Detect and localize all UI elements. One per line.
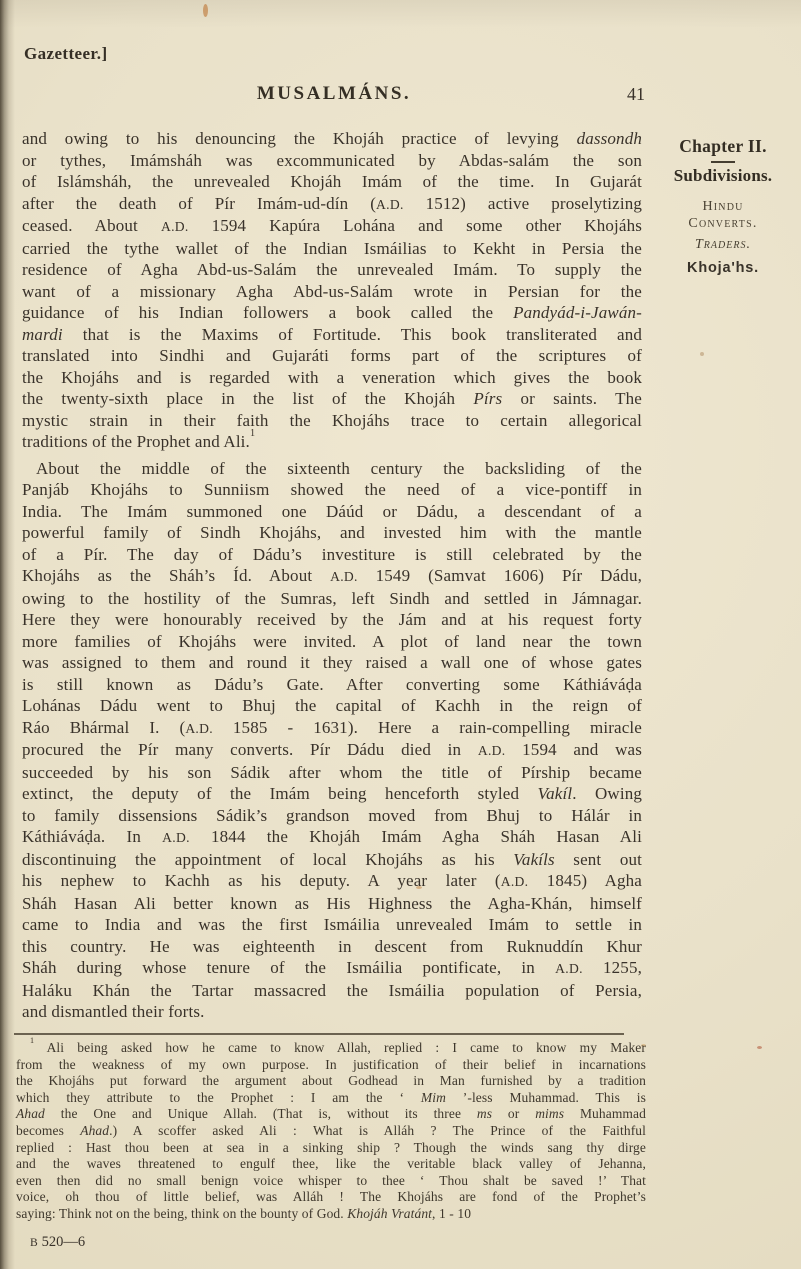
paper-stain [203,4,208,17]
text-line: more families of Khojáhs were invited. A… [22,631,642,653]
text-line: owing to the hostility of the Sumras, le… [22,588,642,610]
text-line: to family dissensions Sádik’s grandson m… [22,805,642,827]
footnote-separator-rule [14,1033,624,1035]
paper-stain [700,352,704,356]
text-line: the Khojáhs put forward the argument abo… [16,1073,646,1090]
text-line: Here they were honourably received by th… [22,609,642,631]
footnote: 1 Ali being asked how he came to know Al… [16,1040,646,1223]
text-line: and owing to his denouncing the Khojáh p… [22,128,642,150]
text-line: replied : Hast thou been at sea in a sin… [16,1140,646,1157]
paper-stain [757,1046,762,1049]
body-text: and owing to his denouncing the Khojáh p… [22,128,642,1023]
text-line: the twenty-sixth place in the list of th… [22,388,642,410]
text-line: India. The Imám summoned one Dáúd or Dád… [22,501,642,523]
binding-gutter-shadow [0,0,15,1269]
text-line: of a Pír. The day of Dádu’s investiture … [22,544,642,566]
text-line: becomes Ahad.) A scoffer asked Ali : Wha… [16,1123,646,1140]
book-page: Gazetteer.] MUSALMÁNS. 41 and owing to h… [0,0,801,1269]
margin-chapter-heading: Chapter II. [653,136,793,157]
text-line: or tythes, Imámsháh was excommunicated b… [22,150,642,172]
text-line: guidance of his Indian followers a book … [22,302,642,324]
text-line: carried the tythe wallet of the Indian I… [22,238,642,260]
page-number: 41 [600,84,645,105]
text-line: Sháh during whose tenure of the Ismáilia… [22,957,642,980]
margin-rule [711,161,735,163]
margin-section-heading: Subdivisions. [653,166,793,186]
text-line: Panjáb Khojáhs to Sunniism showed the ne… [22,479,642,501]
text-line: mardi that is the Maxims of Fortitude. T… [22,324,642,346]
text-line: after the death of Pír Imám-ud-dín (A.D.… [22,193,642,216]
text-line: Ahad the One and Unique Allah. (That is,… [16,1106,646,1123]
margin-note-item: Hindu Converts. [653,198,793,232]
text-line: Khojáhs as the Sháh’s Íd. About A.D. 154… [22,565,642,588]
text-line: traditions of the Prophet and Ali.1 [22,431,642,453]
text-line: from the weakness of my own purpose. In … [16,1057,646,1074]
text-line: Haláku Khán the Tartar massacred the Ism… [22,980,642,1002]
text-line: ceased. About A.D. 1594 Kapúra Lohána an… [22,215,642,238]
text-line: saying: Think not on the being, think on… [16,1206,646,1223]
text-line: Sháh Hasan Ali better known as His Highn… [22,893,642,915]
paragraph: 1 Ali being asked how he came to know Al… [16,1040,646,1223]
text-line: Ráo Bhármal I. (A.D. 1585 - 1631). Here … [22,717,642,740]
printer-signature: B 520—6 [30,1234,85,1251]
text-line: translated into Sindhi and Gujaráti form… [22,345,642,367]
running-header: Gazetteer.] [24,44,108,64]
page-title: MUSALMÁNS. [0,83,668,105]
paragraph: and owing to his denouncing the Khojáh p… [22,128,642,453]
text-line: of Islámsháh, the unrevealed Khojáh Imám… [22,171,642,193]
text-line: Lohánas Dádu went to Bhuj the capital of… [22,695,642,717]
text-line: is still known as Dádu’s Gate. After con… [22,674,642,696]
margin-note-item: Khoja'hs. [653,260,793,276]
text-line: extinct, the deputy of the Imám being he… [22,783,642,805]
text-line: powerful family of Sindh Khojáhs, and in… [22,522,642,544]
text-line: even then did no small benign voice whis… [16,1173,646,1190]
text-line: mystic strain in their faith the Khojáhs… [22,410,642,432]
margin-note-item: Traders. [653,237,793,253]
text-line: was assigned to them and round it they r… [22,652,642,674]
text-line: residence of Agha Abd-us-Salám the unrev… [22,259,642,281]
text-line: 1 Ali being asked how he came to know Al… [16,1040,646,1057]
text-line: and dismantled their forts. [22,1001,642,1023]
text-line: which they attribute to the Prophet : I … [16,1090,646,1107]
text-line: want of a missionary Agha Abd-us-Salám w… [22,281,642,303]
text-line: this country. He was eighteenth in desce… [22,936,642,958]
text-line: came to India and was the first Ismáilia… [22,914,642,936]
text-line: the Khojáhs and is regarded with a vener… [22,367,642,389]
margin-notes: Chapter II. Subdivisions. Hindu Converts… [653,136,793,281]
text-line: procured the Pír many converts. Pír Dádu… [22,739,642,762]
text-line: succeeded by his son Sádik after whom th… [22,762,642,784]
paragraph: About the middle of the sixteenth centur… [22,458,642,1023]
text-line: and the waves threatened to engulf thee,… [16,1156,646,1173]
text-line: About the middle of the sixteenth centur… [22,458,642,480]
text-line: discontinuing the appointment of local K… [22,849,642,871]
text-line: his nephew to Kachh as his deputy. A yea… [22,870,642,893]
text-line: voice, oh thou of little belief, was All… [16,1189,646,1206]
text-line: Káthiáváḍa. In A.D. 1844 the Khojáh Imám… [22,826,642,849]
